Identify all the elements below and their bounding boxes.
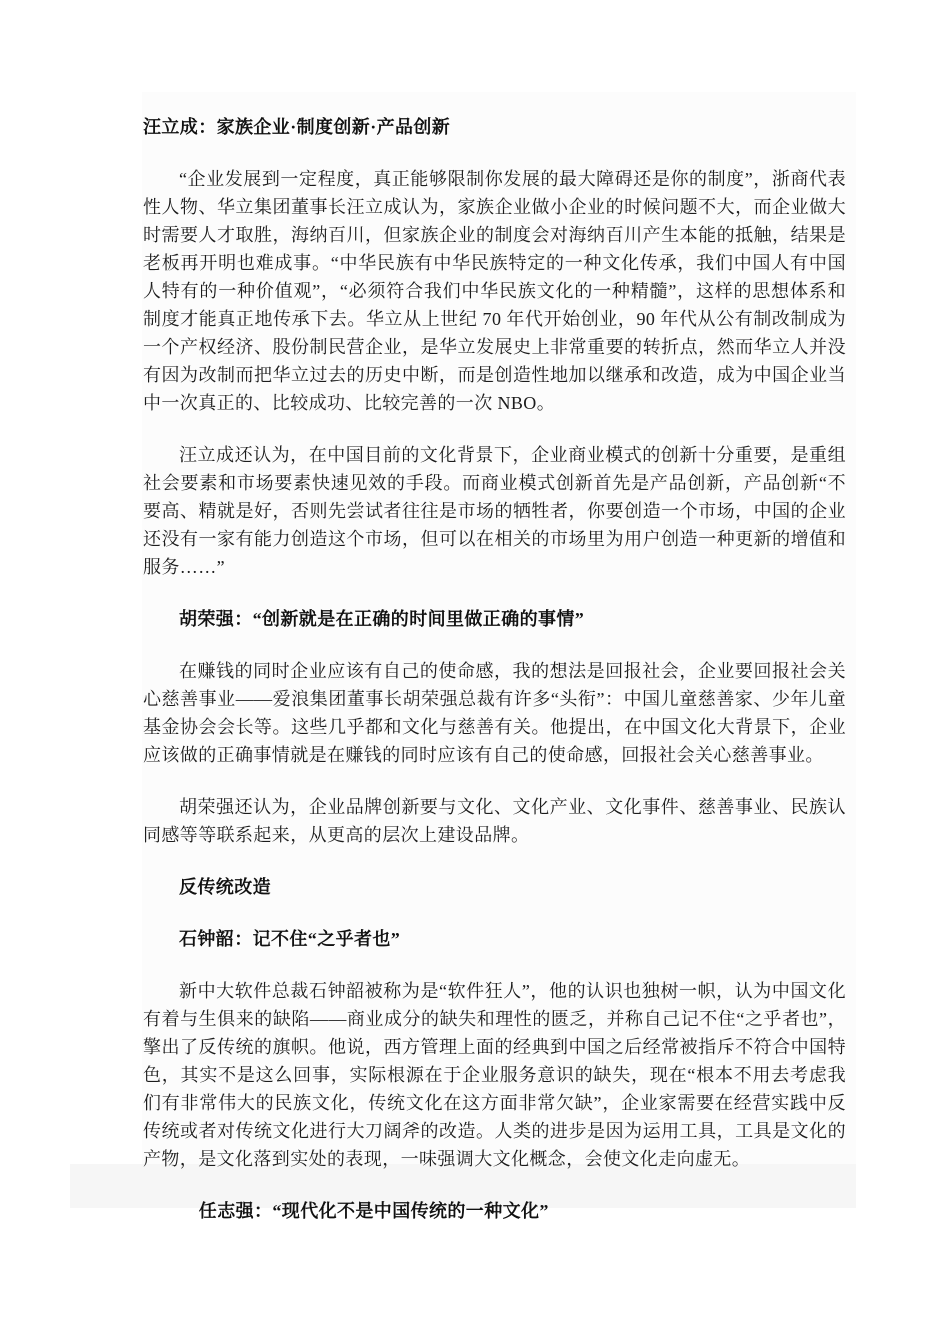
paragraph-hurongqiang-brand: 胡荣强还认为，企业品牌创新要与文化、文化产业、文化事件、慈善事业、民族认同感等等…	[143, 793, 846, 849]
heading-wanglicheng-family-enterprise: 汪立成：家族企业·制度创新·产品创新	[143, 113, 846, 141]
heading-shizhongshao-zhihuzheye: 石钟韶：记不住“之乎者也”	[143, 925, 846, 953]
paragraph-shizhongshao-software-madman: 新中大软件总裁石钟韶被称为是“软件狂人”，他的认识也独树一帜，认为中国文化有着与…	[143, 977, 846, 1173]
paragraph-wanglicheng-business-model: 汪立成还认为，在中国目前的文化背景下，企业商业模式的创新十分重要，是重组社会要素…	[143, 441, 846, 581]
paragraph-wanglicheng-institution: “企业发展到一定程度，真正能够限制你发展的最大障碍还是你的制度”，浙商代表性人物…	[143, 165, 846, 417]
heading-anti-tradition-reform: 反传统改造	[143, 873, 846, 901]
paragraph-hurongqiang-mission: 在赚钱的同时企业应该有自己的使命感，我的想法是回报社会，企业要回报社会关心慈善事…	[143, 657, 846, 769]
document-content: 汪立成：家族企业·制度创新·产品创新 “企业发展到一定程度，真正能够限制你发展的…	[143, 113, 846, 1225]
heading-hurongqiang-innovation: 胡荣强：“创新就是在正确的时间里做正确的事情”	[143, 605, 846, 633]
document-page: 汪立成：家族企业·制度创新·产品创新 “企业发展到一定程度，真正能够限制你发展的…	[0, 0, 950, 1344]
heading-renzhiqiang-modernization: 任志强：“现代化不是中国传统的一种文化”	[143, 1197, 846, 1225]
